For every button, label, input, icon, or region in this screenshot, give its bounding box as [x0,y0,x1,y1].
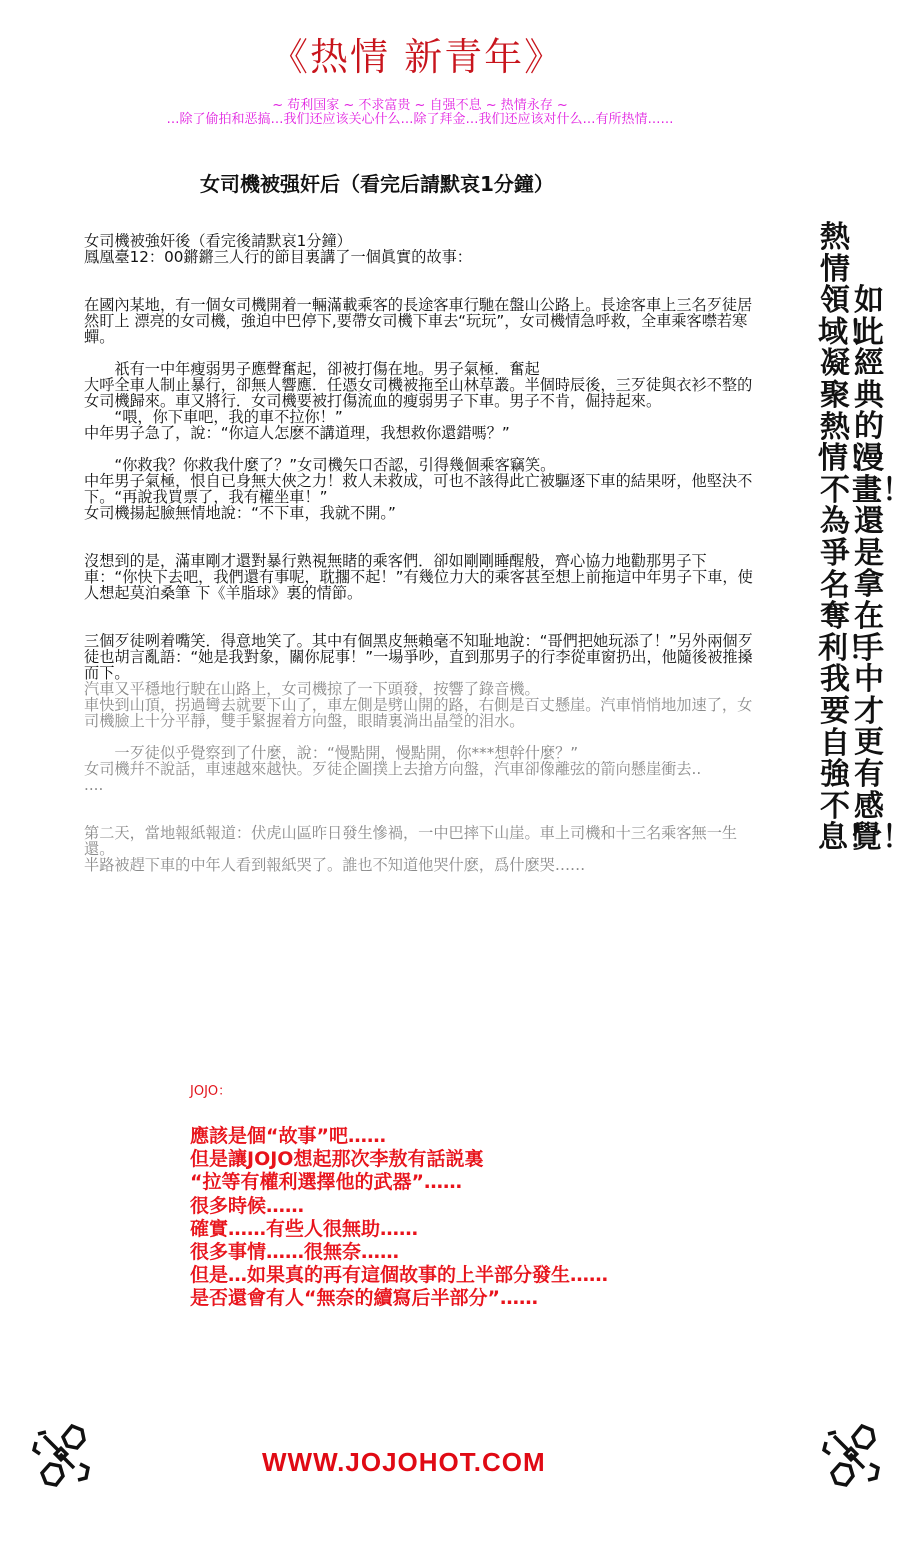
article-paragraph: 女司機被強奸後（看完後請默哀1分鐘） [84,233,754,249]
article-paragraph: 在國內某地，有一個女司機開着一輛滿載乘客的長途客車行馳在盤山公路上。長途客車上三… [84,297,754,345]
comment-line: 但是讓JOJO想起那次李敖有話説裏 [190,1148,608,1171]
article-paragraph: .... [84,777,754,793]
article-paragraph: 沒想到的是，滿車剛才還對暴行熟視無睹的乘客們．卻如剛剛睡醒般，齊心協力地勸那男子… [84,553,754,601]
article-paragraph: 鳳凰臺12：00鏘鏘三人行的節目裏講了一個眞實的故事： [84,249,754,265]
article-paragraph: 第二天，當地報紙報道：伏虎山區昨日發生慘禍，一中巴摔下山崖。車上司機和十三名乘客… [84,825,754,857]
article-title: 女司機被强奸后（看完后請默哀1分鐘） [200,168,554,197]
comment-line: “拉等有權利選擇他的武器”…… [190,1171,608,1194]
comment-line: 確實……有些人很無助…… [190,1218,608,1241]
comment-block: 應該是個“故事”吧…… 但是讓JOJO想起那次李敖有話説裏 “拉等有權利選擇他的… [190,1125,608,1311]
article-paragraph: 女司機揚起臉無情地說：“不下車，我就不開。” [84,505,754,521]
comment-author-label: JOJO： [190,1080,231,1099]
flower-ornament-icon [812,1416,892,1496]
article-paragraph: 汽車又平穩地行駛在山路上，女司機掠了一下頭發，按響了錄音機。 [84,681,754,697]
comment-line: 是否還會有人“無奈的續寫后半部分”…… [190,1287,608,1310]
side-banner-column-1: 熱情領域！凝聚熱情！不為爭名奪利！我要自強不息！ [818,222,852,854]
article-paragraph: 中年男子氣極，恨自已身無大俠之力！救人未救成，可也不該得此亡被驅逐下車的結果呀，… [84,473,754,505]
flower-ornament-icon [22,1416,102,1496]
article-paragraph: 一歹徒似乎覺察到了什麼，說：“慢點開，慢點開，你***想幹什麼？” [84,745,754,761]
side-banner-column-2: 如此經典的漫畫！還是拿在手中才更有感覺！ [852,285,886,854]
article-paragraph: 車快到山頂，拐過彎去就要下山了，車左側是劈山開的路，右側是百丈懸崖。汽車悄悄地加… [84,697,754,729]
article-paragraph: 女司機幷不說話，車速越來越快。歹徒企圖撲上去搶方向盤，汽車卻像離弦的箭向懸崖衝去… [84,761,754,777]
comment-line: 很多事情……很無奈…… [190,1241,608,1264]
site-url-link[interactable]: WWW.JOJOHOT.COM [262,1447,546,1478]
article-paragraph: 半路被趕下車的中年人看到報紙哭了。誰也不知道他哭什麽，爲什麽哭…… [84,857,754,873]
comment-line: 應該是個“故事”吧…… [190,1125,608,1148]
article-paragraph: 三個歹徒咧着嘴笑．得意地笑了。其中有個黑皮無賴毫不知耻地說：“哥們把她玩添了！”… [84,633,754,681]
slogan-line-2: …除了偷拍和恶搞…我们还应该关心什么…除了拜金…我们还应该对什么…有所热情…… [0,108,840,127]
article-paragraph: 大呼全車人制止暴行，卻無人響應．任憑女司機被拖至山林草叢。半個時辰後，三歹徒與衣… [84,377,754,409]
article-body: 女司機被強奸後（看完後請默哀1分鐘）鳳凰臺12：00鏘鏘三人行的節目裏講了一個眞… [84,233,754,873]
article-paragraph: 中年男子急了，說：“你這人怎麽不講道理，我想救你還錯嗎？” [84,425,754,441]
comment-line: 但是…如果真的再有這個故事的上半部分發生…… [190,1264,608,1287]
article-paragraph: “你救我？你救我什麼了？”女司機矢口否認，引得幾個乘客竊笑。 [84,457,754,473]
article-paragraph: 祇有一中年瘦弱男子應聲奮起，卻被打傷在地。男子氣極．奮起 [84,361,754,377]
comment-line: 很多時候…… [190,1195,608,1218]
article-paragraph: “喂，你下車吧，我的車不拉你！” [84,409,754,425]
site-banner-title: 《热情 新青年》 [270,26,590,81]
